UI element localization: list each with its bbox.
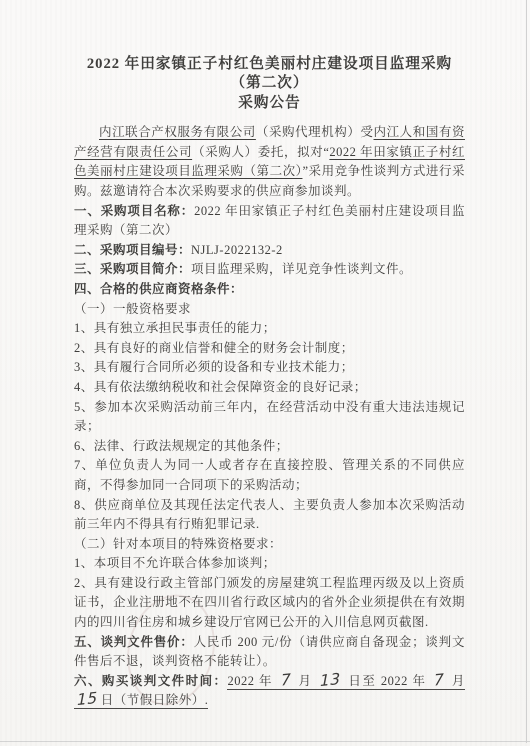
para-special-req-1: 1、本项目不允许联合体参加谈判； [74,554,465,574]
para-label: 四、合格的供应商资格条件： [74,282,243,296]
para-text: 2、具有建设行政主管部门颁发的房屋建筑工程监理丙级及以上资质证书，企业注册地不在… [74,576,465,629]
title-line-2: （第二次） [74,74,465,93]
handwritten-month-2: 7 [431,673,447,687]
title-line-1: 2022 年田家镇正子村红色美丽村庄建设项目监理采购 [74,55,465,74]
date-text-5: 日（节假日除外）. [101,693,209,707]
intro-text-1: （采购代理机构）受 [256,125,374,139]
intro-text-2: （采购人）委托，拟对“ [192,145,329,159]
para-document-price: 五、谈判文件售价：人民币 200 元/份（请供应商自备现金；谈判文件售后不退，谈… [74,633,465,672]
para-general-req-4: 4、具有依法缴纳税收和社会保障资金的良好记录； [74,378,465,398]
handwritten-month-1: 7 [278,673,294,687]
handwritten-day-1: 13 [317,672,344,687]
para-special-req-2: 2、具有建设行政主管部门颁发的房屋建筑工程监理丙级及以上资质证书，企业注册地不在… [74,574,465,633]
para-project-name: 一、采购项目名称：2022 年田家镇正子村红色美丽村庄建设项目监理采购（第二次） [74,202,465,241]
para-purchase-time: 六、购买谈判文件时间：2022 年 7 月 13 日至 2022 年 7 月 1… [74,672,465,711]
para-label: 六、购买谈判文件时间： [74,674,227,688]
para-general-req-1: 1、具有独立承担民事责任的能力； [74,319,465,339]
date-text-1: 2022 年 [227,674,277,688]
para-text: 1、本项目不允许联合体参加谈判； [74,556,276,570]
para-label: 一、采购项目名称： [74,204,194,218]
document-title: 2022 年田家镇正子村红色美丽村庄建设项目监理采购 （第二次） 采购公告 [74,55,465,113]
intro-paragraph: 内江联合产权服务有限公司（采购代理机构）受内江人和国有资产经营有限责任公司（采购… [74,123,465,201]
para-text: 1、具有独立承担民事责任的能力； [74,321,276,335]
para-general-req-8: 8、供应商单位及其现任法定代表人、主要负责人参加本次采购活动前三年内不得具有行贿… [74,496,465,535]
para-general-req-3: 3、具有履行合同所必须的设备和专业技术能力； [74,358,465,378]
para-general-req-6: 6、法律、行政法规规定的其他条件； [74,437,465,457]
para-text: 6、法律、行政法规规定的其他条件； [74,439,289,453]
date-text-2: 月 [294,674,317,688]
date-text-3: 日至 2022 年 [344,674,431,688]
para-text: 项目监理采购，详见竞争性谈判文件。 [191,262,412,276]
scan-edge-bottom [0,741,530,742]
para-text: （二）针对本项目的特殊资格要求： [74,537,282,551]
date-text-4: 月 [447,674,465,688]
title-line-3: 采购公告 [74,94,465,113]
para-text: （一）一般资格要求 [74,302,191,316]
para-text: NJLJ-2022132-2 [191,243,283,257]
para-label: 三、采购项目简介： [74,262,191,276]
para-text: 3、具有履行合同所必须的设备和专业技术能力； [74,360,354,374]
para-special-req-header: （二）针对本项目的特殊资格要求： [74,535,465,555]
para-qualification-header: 四、合格的供应商资格条件： [74,280,465,300]
handwritten-day-2: 15 [74,692,101,707]
para-general-req-header: （一）一般资格要求 [74,300,465,320]
para-project-brief: 三、采购项目简介：项目监理采购，详见竞争性谈判文件。 [74,260,465,280]
para-text: 2、具有良好的商业信誉和健全的财务会计制度； [74,341,354,355]
para-text: 5、参加本次采购活动前三年内，在经营活动中没有重大违法违规记录； [74,400,465,434]
para-project-number: 二、采购项目编号：NJLJ-2022132-2 [74,241,465,261]
scan-edge-right [526,0,527,743]
agency-name: 内江联合产权服务有限公司 [99,125,256,139]
scanned-document-page: 2022 年田家镇正子村红色美丽村庄建设项目监理采购 （第二次） 采购公告 内江… [0,0,530,746]
para-text: 4、具有依法缴纳税收和社会保障资金的良好记录； [74,380,367,394]
para-label: 二、采购项目编号： [74,243,191,257]
document-content: 2022 年田家镇正子村红色美丽村庄建设项目监理采购 （第二次） 采购公告 内江… [74,0,465,711]
para-label: 五、谈判文件售价： [74,635,194,649]
para-text: 8、供应商单位及其现任法定代表人、主要负责人参加本次采购活动前三年内不得具有行贿… [74,498,465,532]
para-general-req-7: 7、单位负责人为同一人或者存在直接控股、管理关系的不同供应商，不得参加同一合同项… [74,456,465,495]
para-general-req-5: 5、参加本次采购活动前三年内，在经营活动中没有重大违法违规记录； [74,398,465,437]
para-general-req-2: 2、具有良好的商业信誉和健全的财务会计制度； [74,339,465,359]
para-text: 7、单位负责人为同一人或者存在直接控股、管理关系的不同供应商，不得参加同一合同项… [74,458,465,492]
